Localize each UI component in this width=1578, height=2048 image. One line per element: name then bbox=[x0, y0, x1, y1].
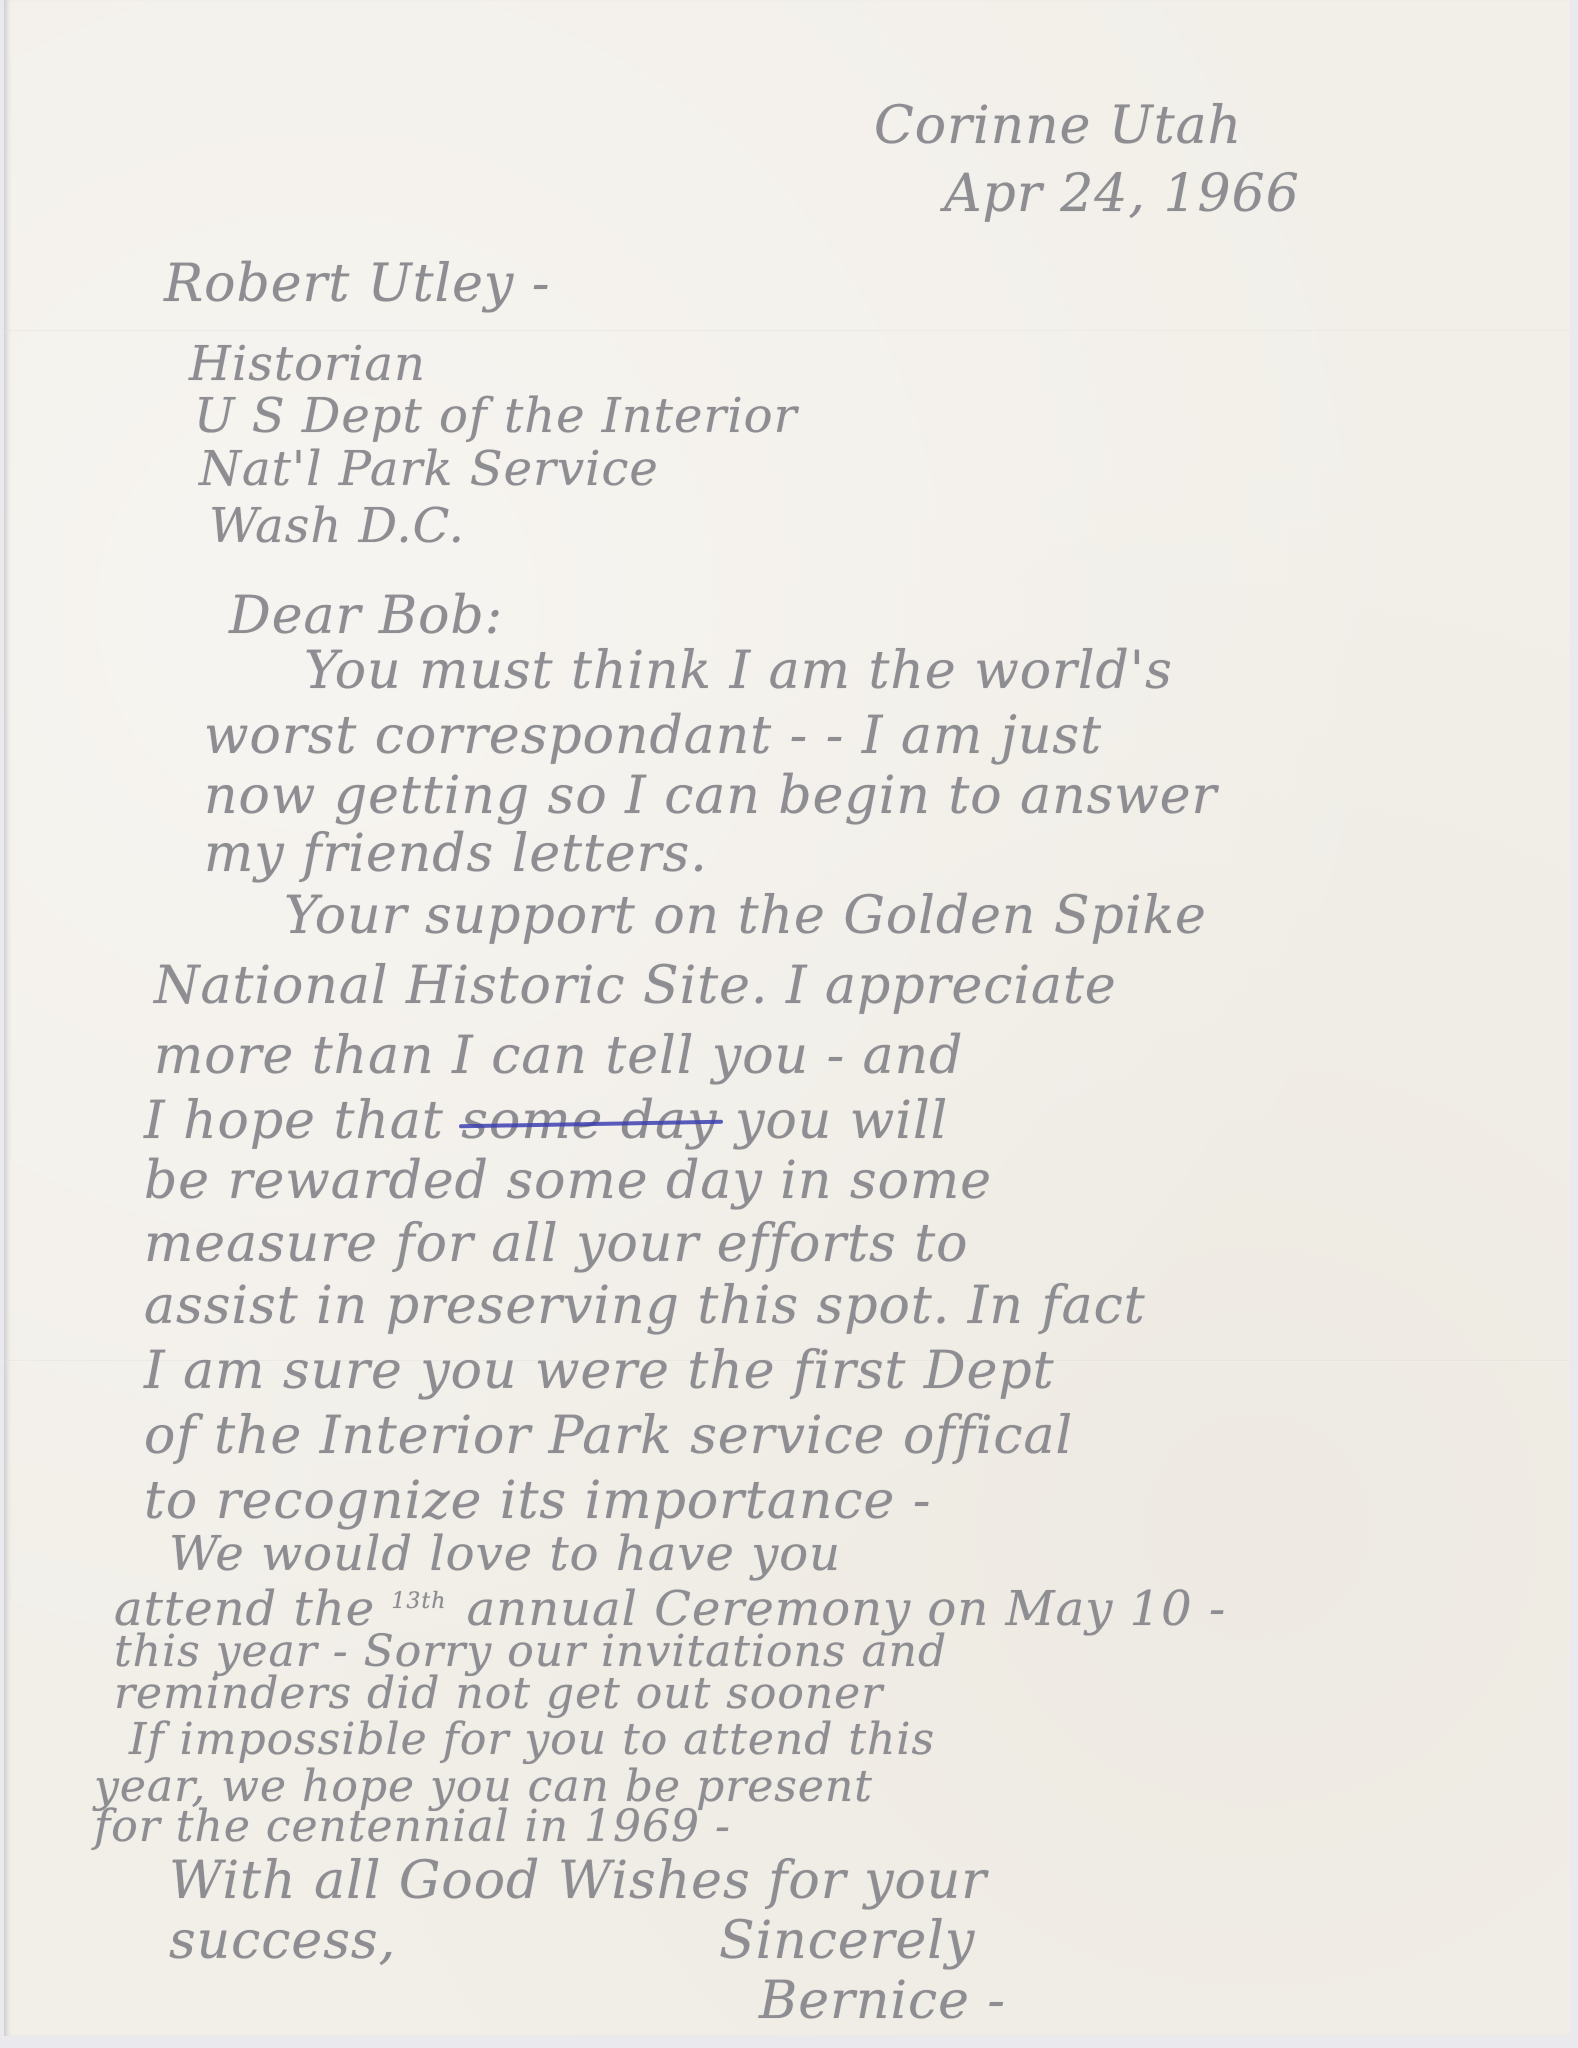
body-line: reminders did not get out sooner bbox=[114, 1672, 883, 1716]
recipient-city: Wash D.C. bbox=[209, 502, 465, 550]
recipient-department: U S Dept of the Interior bbox=[194, 392, 798, 440]
body-line: We would love to have you bbox=[169, 1530, 841, 1578]
letter-page: Corinne Utah Apr 24, 1966 Robert Utley -… bbox=[4, 0, 1570, 2036]
body-line: If impossible for you to attend this bbox=[129, 1718, 935, 1762]
body-line: of the Interior Park service offical bbox=[144, 1410, 1073, 1462]
body-line: be rewarded some day in some bbox=[144, 1155, 992, 1207]
ordinal-superscript: 13th bbox=[391, 1589, 446, 1614]
body-text: you will bbox=[735, 1091, 948, 1151]
body-line: my friends letters. bbox=[204, 828, 708, 880]
signature: Bernice - bbox=[759, 1975, 1006, 2027]
recipient-title: Historian bbox=[189, 340, 426, 388]
letter-date: Apr 24, 1966 bbox=[944, 168, 1300, 220]
body-line: Your support on the Golden Spike bbox=[284, 890, 1207, 942]
body-line: success, bbox=[169, 1915, 396, 1967]
body-line: for the centennial in 1969 - bbox=[94, 1805, 731, 1849]
paper-fold-crease bbox=[4, 330, 1570, 332]
body-line: worst correspondant - - I am just bbox=[204, 710, 1102, 762]
body-line: now getting so I can begin to answer bbox=[204, 770, 1217, 822]
body-line: National Historic Site. I appreciate bbox=[154, 960, 1117, 1012]
struck-through-text: some day bbox=[461, 1095, 717, 1147]
recipient-agency: Nat'l Park Service bbox=[199, 445, 659, 493]
recipient-name: Robert Utley - bbox=[164, 258, 550, 310]
body-line: assist in preserving this spot. In fact bbox=[144, 1280, 1146, 1332]
body-line: to recognize its importance - bbox=[144, 1475, 931, 1527]
body-text: I hope that bbox=[144, 1091, 444, 1151]
closing: Sincerely bbox=[719, 1915, 975, 1967]
body-line: measure for all your efforts to bbox=[144, 1218, 968, 1270]
body-line: I am sure you were the first Dept bbox=[144, 1345, 1055, 1397]
body-line: You must think I am the world's bbox=[304, 645, 1173, 697]
body-line: I hope that some day you will bbox=[144, 1095, 948, 1147]
salutation: Dear Bob: bbox=[229, 590, 503, 642]
body-line: With all Good Wishes for your bbox=[169, 1855, 987, 1907]
body-line: more than I can tell you - and bbox=[154, 1030, 963, 1082]
letter-place: Corinne Utah bbox=[874, 100, 1242, 152]
